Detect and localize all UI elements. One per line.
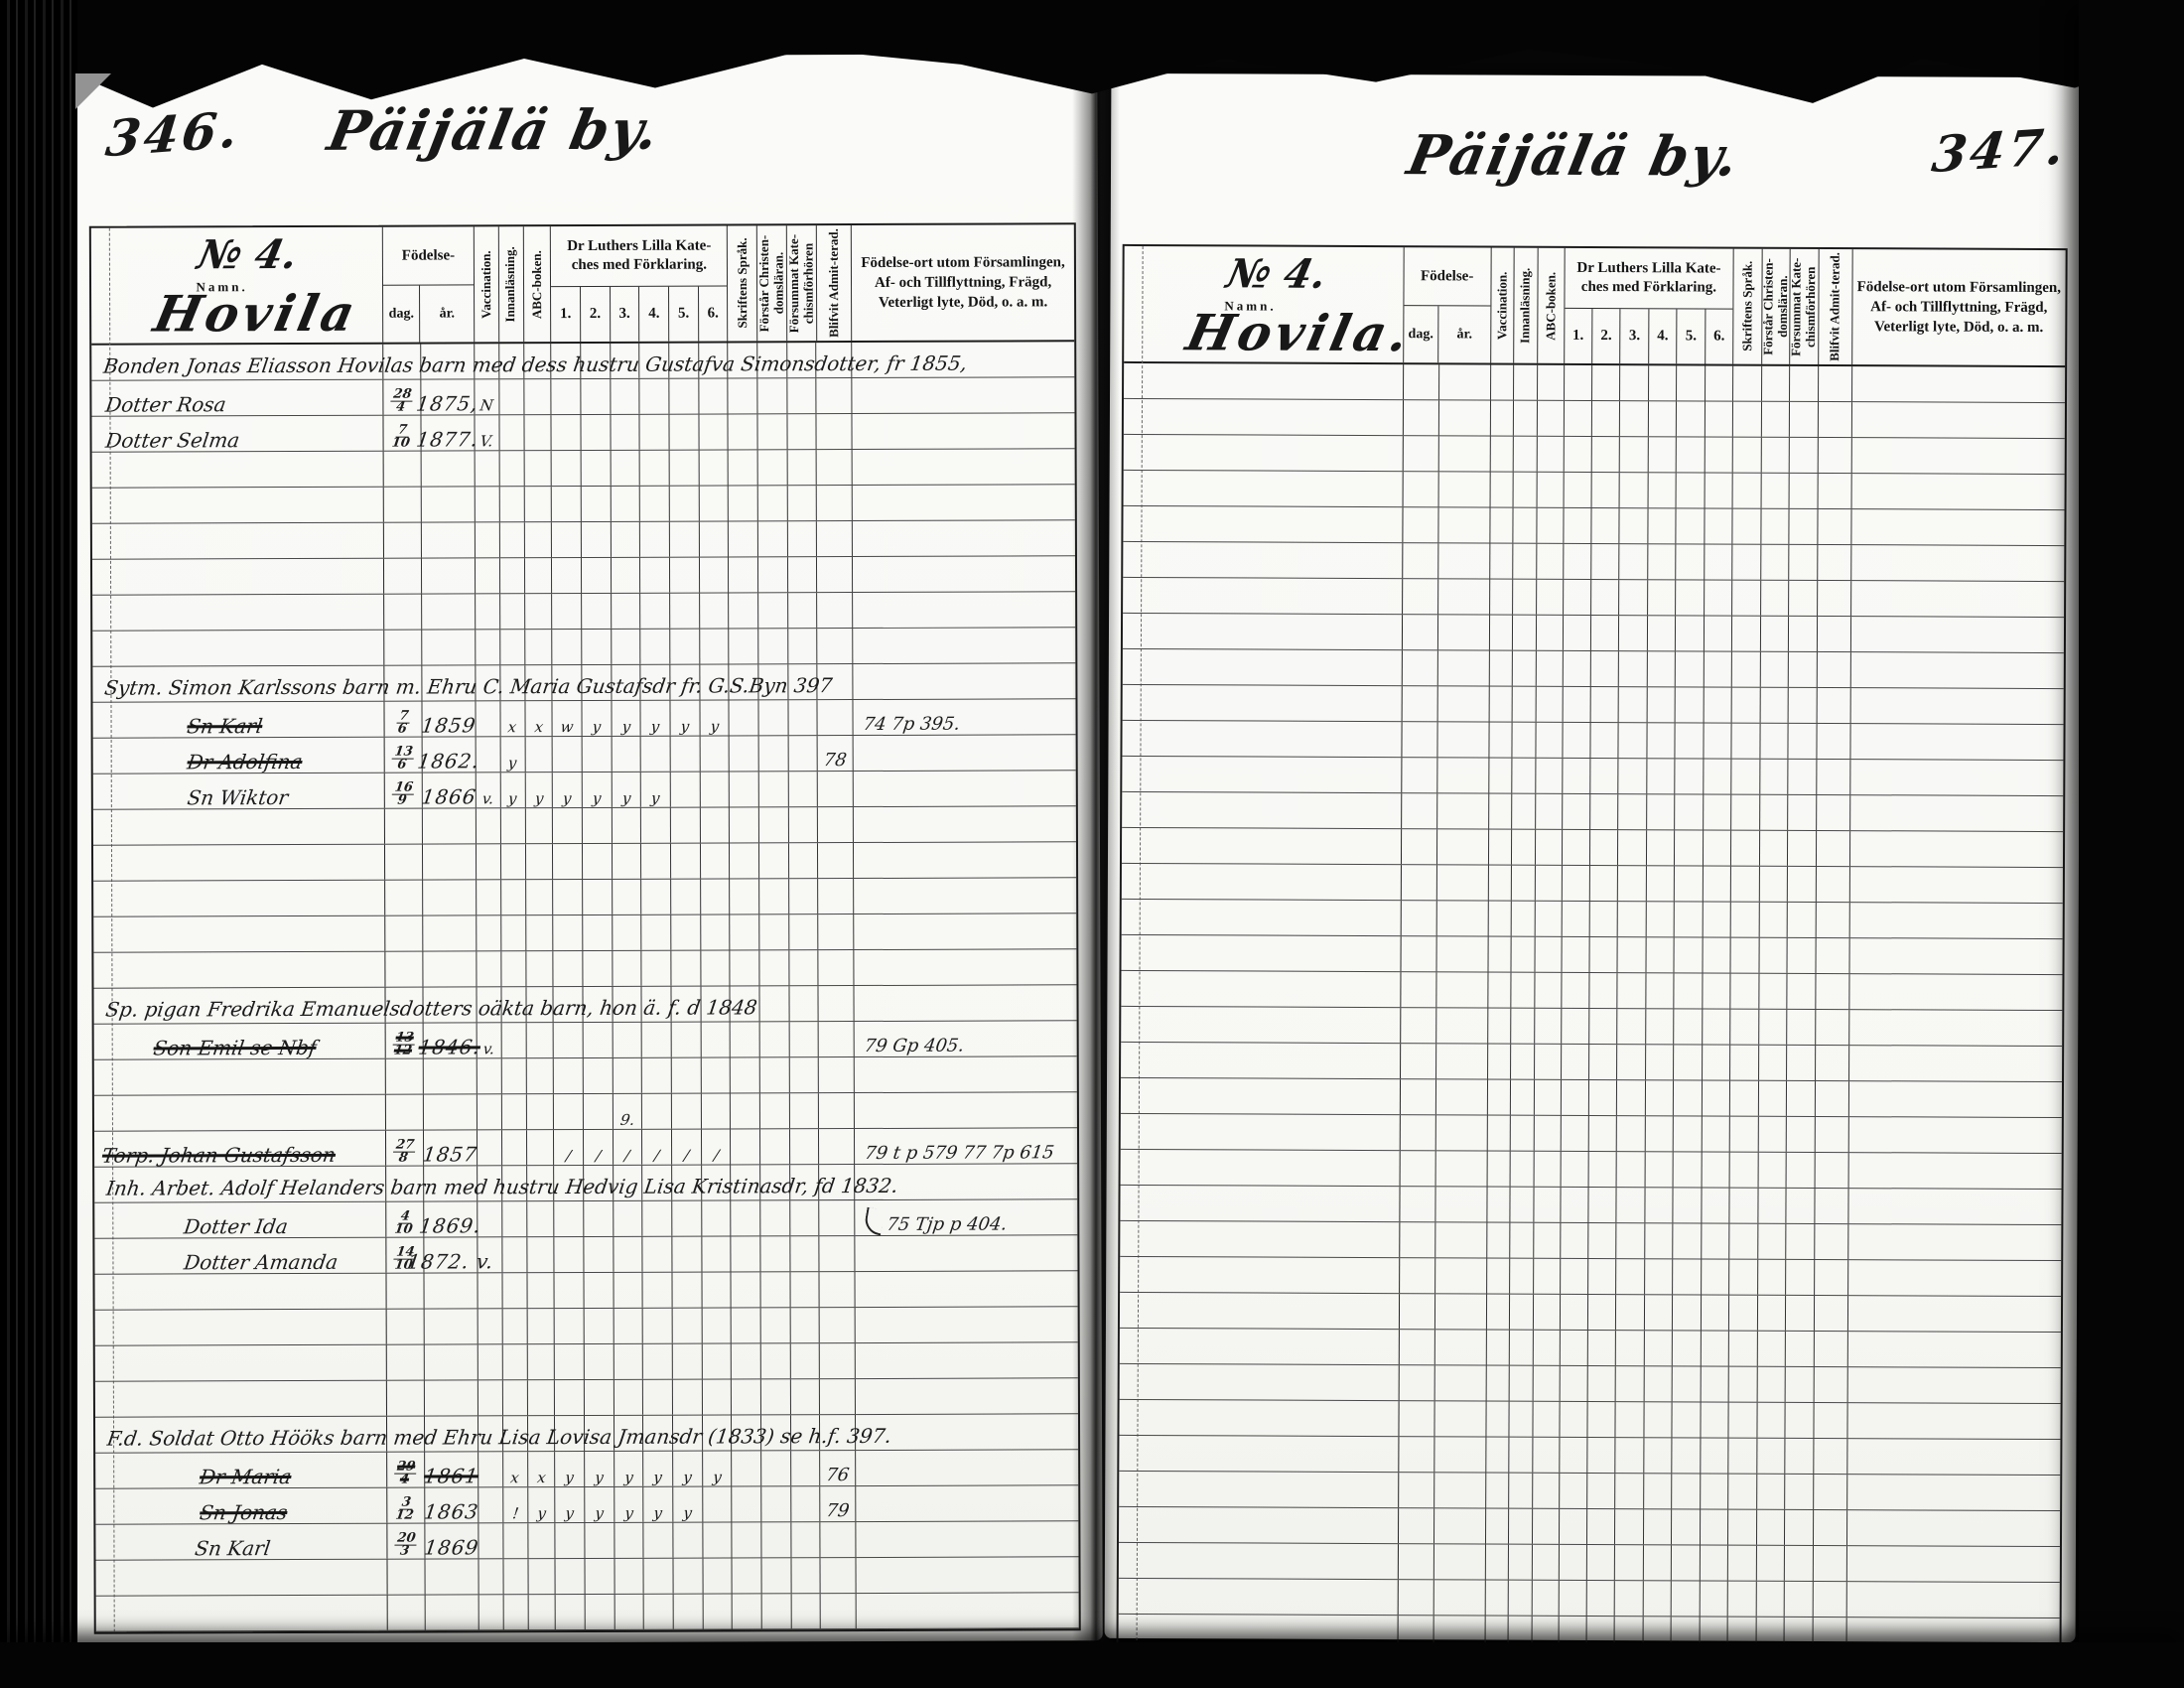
handwritten-text: y xyxy=(565,1506,576,1521)
cell-birth-day xyxy=(1403,579,1438,614)
entry-row-empty xyxy=(95,1378,1078,1417)
cell-remarks xyxy=(854,914,1076,949)
cell-innanlasning xyxy=(1510,1331,1534,1365)
cell-catechism-5 xyxy=(1673,1366,1702,1401)
handwritten-text: 1859 xyxy=(420,715,478,735)
cell-catechism-1 xyxy=(1561,1116,1589,1151)
cell-catechism-3 xyxy=(614,1523,644,1558)
cell-birth-day xyxy=(1399,1294,1434,1329)
cell-innanlasning xyxy=(501,1023,526,1057)
cell-vaccination xyxy=(1490,508,1514,543)
cell-birth-day xyxy=(1403,507,1438,542)
cell-innanlasning xyxy=(500,594,525,629)
cell-catechism-1: y xyxy=(555,1452,585,1486)
cell-blifvit-admitterad xyxy=(1818,581,1851,616)
cell-catechism-5 xyxy=(673,1273,703,1308)
cell-forsummat xyxy=(1790,402,1819,437)
cell-skriftens-sprak xyxy=(1733,438,1762,473)
cell-birth-day xyxy=(384,595,422,630)
cell-catechism-5 xyxy=(1677,473,1706,507)
cell-birth-day xyxy=(1401,1044,1436,1078)
handwritten-text: y xyxy=(594,1471,605,1485)
entry-row-empty xyxy=(1120,1329,2061,1368)
cell-vaccination xyxy=(1487,1152,1511,1187)
col-header-birth-day: dag. xyxy=(1404,306,1439,362)
entry-row-empty xyxy=(1123,614,2064,653)
birth-day-fraction: 312 xyxy=(395,1497,417,1522)
cell-catechism-5: / xyxy=(672,1130,702,1165)
cell-innanlasning xyxy=(1511,1223,1535,1258)
handwritten-text: 79 t p 579 77 7p 615 xyxy=(864,1144,1055,1163)
cell-birth-year xyxy=(421,522,476,557)
cell-vaccination xyxy=(1486,1438,1510,1473)
col-header-forstar-christendomslaran: Förstår Christen-domsläran. xyxy=(1762,249,1791,364)
cell-catechism-3 xyxy=(1618,902,1647,936)
cell-vaccination xyxy=(477,737,501,772)
entry-row-empty xyxy=(1123,649,2064,689)
cell-catechism-3 xyxy=(1617,1223,1646,1258)
cell-remarks xyxy=(854,878,1076,914)
cell-catechism-3 xyxy=(1616,1402,1645,1437)
cell-catechism-4 xyxy=(1645,1188,1674,1222)
handwritten-text: y xyxy=(592,791,603,806)
cell-catechism-6 xyxy=(703,1486,733,1521)
cell-birth-year xyxy=(423,915,478,950)
cell-name xyxy=(1122,721,1402,757)
cell-innanlasning xyxy=(1509,1581,1533,1616)
cell-innanlasning xyxy=(502,1201,527,1236)
cell-catechism-6 xyxy=(703,1558,733,1593)
entry-row-empty xyxy=(92,449,1075,488)
birth-subheader: dag. år. xyxy=(383,285,474,342)
cell-catechism-1 xyxy=(552,558,582,593)
cell-blifvit-admitterad xyxy=(1817,795,1850,830)
cell-catechism-6 xyxy=(700,593,730,628)
cell-catechism-4 xyxy=(640,451,670,486)
scan-border-bottom xyxy=(0,1642,2184,1688)
cell-blifvit-admitterad xyxy=(817,378,853,413)
cell-innanlasning: ! xyxy=(503,1487,528,1522)
cell-forstar-christendomslaran xyxy=(1761,545,1790,580)
cell-birth-day xyxy=(1401,936,1436,971)
cell-blifvit-admitterad xyxy=(819,1057,855,1092)
cell-blifvit-admitterad xyxy=(1815,1153,1848,1188)
cell-catechism-2 xyxy=(583,808,613,843)
cell-catechism-5 xyxy=(673,1309,703,1343)
cell-name xyxy=(94,1059,386,1095)
cell-catechism-1 xyxy=(1560,1331,1588,1365)
cell-remarks xyxy=(1847,1510,2060,1546)
cell-birth-year xyxy=(425,1595,479,1629)
cell-abc-book xyxy=(1536,830,1563,865)
cell-innanlasning xyxy=(503,1523,528,1558)
cell-catechism-3 xyxy=(1617,1152,1646,1187)
cell-catechism-4 xyxy=(641,630,671,664)
col-header-birth: Födelse- dag. år. xyxy=(1404,247,1492,362)
cell-innanlasning xyxy=(1510,1295,1534,1330)
cell-catechism-3 xyxy=(1615,1509,1644,1544)
cell-catechism-1 xyxy=(552,379,582,414)
table-header: № 4. Namn. Hovila Födelse- dag. år. Vacc… xyxy=(91,224,1074,345)
cell-catechism-1 xyxy=(555,1237,585,1272)
remarks-line: Veterligt lyte, Död, o. a. m. xyxy=(856,292,1070,313)
cell-blifvit-admitterad xyxy=(819,1022,855,1056)
entry-row-empty xyxy=(1123,542,2064,582)
cell-name xyxy=(95,1560,387,1596)
handwritten-text: Son Emil se Nbf xyxy=(152,1038,318,1058)
cell-vaccination xyxy=(1487,1223,1511,1258)
cell-skriftens-sprak xyxy=(1732,545,1761,580)
cell-birth-day xyxy=(385,916,423,951)
cell-birth-day xyxy=(387,1345,425,1380)
cell-abc-book xyxy=(526,844,554,879)
cell-name xyxy=(92,452,384,488)
entry-row: Dr Adolfina1361862.y78 xyxy=(93,735,1076,774)
col-header-catechism: Dr Luthers Lilla Kate-ches med Förklarin… xyxy=(551,225,729,342)
cell-vaccination xyxy=(1487,1259,1511,1294)
cell-catechism-5: y xyxy=(671,701,701,736)
cell-abc-book xyxy=(1536,866,1563,901)
cell-catechism-5 xyxy=(1674,1223,1703,1258)
cell-innanlasning xyxy=(503,1344,528,1379)
cell-catechism-2 xyxy=(586,1595,615,1629)
cell-blifvit-admitterad xyxy=(820,1200,856,1235)
handwritten-text: v. xyxy=(481,791,495,806)
cell-remarks xyxy=(856,1271,1078,1307)
cell-catechism-4 xyxy=(1647,866,1676,901)
cell-catechism-3 xyxy=(1620,437,1649,472)
catechism-grade-3: 3. xyxy=(1621,309,1650,363)
cell-skriftens-sprak xyxy=(733,1522,762,1557)
cell-catechism-5 xyxy=(1674,1045,1703,1079)
cell-name xyxy=(93,881,385,916)
cell-blifvit-admitterad xyxy=(820,1343,856,1378)
cell-abc-book xyxy=(1533,1509,1560,1544)
cell-catechism-6 xyxy=(703,1379,733,1414)
cell-birth-day xyxy=(1399,1508,1434,1543)
cell-name xyxy=(1122,792,1402,828)
handwritten-text: 78 xyxy=(823,752,848,770)
cell-birth-year xyxy=(1434,1437,1486,1472)
cell-catechism-1 xyxy=(1564,616,1592,650)
handwritten-text: Sn Karl xyxy=(186,716,264,736)
cell-skriftens-sprak xyxy=(733,1451,762,1485)
cell-birth-year: 1866 xyxy=(422,773,477,807)
cell-birth-day xyxy=(388,1596,426,1630)
cell-catechism-4 xyxy=(644,1559,674,1594)
entry-row-empty xyxy=(94,1271,1077,1310)
cell-catechism-4 xyxy=(1648,687,1677,722)
cell-catechism-4 xyxy=(1645,1223,1674,1258)
entry-row-empty xyxy=(1121,935,2062,975)
cell-abc-book xyxy=(1538,365,1565,400)
cell-forstar-christendomslaran xyxy=(1759,938,1788,973)
cell-name xyxy=(1124,399,1404,435)
cell-forsummat xyxy=(1785,1475,1814,1509)
cell-catechism-3 xyxy=(612,558,641,593)
cell-birth-day xyxy=(1403,543,1438,578)
cell-remarks xyxy=(1852,366,2065,402)
cell-catechism-4 xyxy=(1649,401,1678,436)
cell-vaccination xyxy=(478,1309,503,1343)
cell-forsummat xyxy=(787,450,817,485)
cell-abc-book xyxy=(1534,1295,1561,1330)
handwritten-text: y xyxy=(680,720,691,735)
cell-skriftens-sprak xyxy=(730,593,759,628)
cell-abc-book xyxy=(1538,473,1565,507)
cell-catechism-6: y xyxy=(703,1451,733,1485)
cell-birth-year xyxy=(1436,972,1488,1007)
cell-birth-day xyxy=(386,1095,424,1130)
cell-catechism-1: y xyxy=(553,773,583,807)
cell-catechism-2 xyxy=(583,915,613,950)
cell-catechism-5 xyxy=(1672,1509,1701,1544)
cell-birth-day xyxy=(384,631,422,665)
entry-row-empty xyxy=(1124,471,2065,510)
cell-forstar-christendomslaran xyxy=(761,1343,791,1378)
cell-innanlasning xyxy=(1512,902,1536,936)
cell-birth-year xyxy=(421,451,476,486)
cell-catechism-6 xyxy=(702,1093,732,1128)
cell-catechism-5 xyxy=(1676,687,1705,722)
cell-name xyxy=(93,952,385,988)
cell-catechism-1 xyxy=(1563,723,1591,758)
cell-catechism-5 xyxy=(671,915,701,950)
cell-innanlasning xyxy=(502,1058,527,1093)
cell-birth-year xyxy=(423,1094,478,1129)
cell-catechism-6 xyxy=(1705,616,1733,650)
cell-catechism-6 xyxy=(700,521,730,556)
cell-catechism-1 xyxy=(553,880,583,914)
entry-row-family: Bonden Jonas Eliasson Hovilas barn med d… xyxy=(91,342,1074,380)
cell-catechism-6 xyxy=(699,486,729,520)
cell-vaccination xyxy=(479,1559,504,1594)
cell-birth-year xyxy=(423,951,478,986)
cell-forstar-christendomslaran xyxy=(758,629,788,663)
cell-remarks xyxy=(857,1593,1079,1628)
cell-catechism-1 xyxy=(1564,437,1592,472)
cell-innanlasning xyxy=(501,844,526,879)
cell-blifvit-admitterad xyxy=(1814,1510,1847,1545)
cell-innanlasning xyxy=(1511,1045,1535,1079)
cell-catechism-3 xyxy=(1616,1474,1645,1508)
cell-birth-year xyxy=(1437,686,1489,721)
cell-forsummat xyxy=(788,736,818,771)
cell-vaccination xyxy=(476,558,500,593)
cell-remarks xyxy=(854,735,1076,771)
cell-catechism-4 xyxy=(1647,830,1676,865)
cell-catechism-4 xyxy=(1644,1402,1673,1437)
entry-row: Sn Jonas3121863!yyyyyy79 xyxy=(95,1485,1078,1524)
entry-row-empty xyxy=(1122,828,2063,868)
cell-catechism-2 xyxy=(1592,437,1621,472)
cell-vaccination xyxy=(476,630,500,664)
cell-catechism-5 xyxy=(1673,1295,1702,1330)
catechism-grade-6: 6. xyxy=(1706,309,1733,363)
cell-catechism-1 xyxy=(1564,580,1592,615)
cell-forstar-christendomslaran xyxy=(760,1129,790,1164)
cell-catechism-5 xyxy=(672,1094,702,1129)
cell-forstar-christendomslaran xyxy=(760,1236,790,1271)
cell-abc-book xyxy=(525,558,553,593)
cell-catechism-5 xyxy=(671,808,701,843)
cell-abc-book xyxy=(1536,794,1563,829)
birth-label: Födelse- xyxy=(383,226,474,285)
cell-abc-book xyxy=(528,1559,556,1594)
birth-day-fraction: 278 xyxy=(392,1140,418,1165)
cell-name xyxy=(1120,1257,1400,1293)
cell-blifvit-admitterad xyxy=(817,486,853,520)
cell-catechism-2 xyxy=(584,1237,614,1272)
cell-abc-book xyxy=(524,451,552,486)
cell-catechism-3 xyxy=(1617,1116,1646,1151)
cell-remarks xyxy=(1851,474,2064,509)
cell-name xyxy=(96,1596,388,1631)
entry-row-empty xyxy=(1120,1293,2061,1333)
cell-catechism-5 xyxy=(672,1023,702,1057)
cell-vaccination xyxy=(1487,1116,1511,1151)
cell-abc-book xyxy=(1535,1116,1562,1151)
handwritten-text: Dotter Selma xyxy=(104,430,240,450)
cell-catechism-3 xyxy=(611,379,640,414)
cell-catechism-6 xyxy=(1701,1402,1729,1437)
cell-catechism-5 xyxy=(674,1559,704,1594)
cell-remarks xyxy=(1851,509,2064,545)
cell-catechism-3 xyxy=(1619,759,1648,793)
cell-birth-day xyxy=(1398,1580,1433,1615)
cell-remarks xyxy=(1851,438,2064,474)
cell-catechism-5 xyxy=(1677,365,1706,400)
cell-catechism-2 xyxy=(1592,473,1621,507)
handwritten-text: y xyxy=(594,1506,605,1521)
cell-catechism-4 xyxy=(1646,973,1675,1008)
cell-skriftens-sprak xyxy=(730,807,759,842)
cell-catechism-2 xyxy=(1592,365,1621,400)
handwritten-text: 9. xyxy=(619,1113,635,1128)
entry-row-empty xyxy=(92,556,1075,595)
cell-vaccination xyxy=(478,1058,502,1093)
entry-row-empty xyxy=(1119,1472,2060,1511)
cell-blifvit-admitterad xyxy=(1814,1439,1847,1474)
cell-catechism-6 xyxy=(700,772,730,806)
cell-innanlasning xyxy=(1513,723,1537,758)
cell-blifvit-admitterad xyxy=(819,879,855,914)
cell-innanlasning xyxy=(1511,1080,1535,1115)
cell-vaccination xyxy=(1487,1295,1511,1330)
cell-forsummat xyxy=(1787,1010,1816,1045)
cell-name: Dr Adolfina xyxy=(93,738,385,774)
cell-skriftens-sprak xyxy=(733,1594,762,1628)
cell-catechism-1 xyxy=(1562,902,1590,936)
cell-catechism-1 xyxy=(554,1023,584,1057)
cell-catechism-5 xyxy=(1675,794,1704,829)
cell-vaccination xyxy=(1491,401,1515,436)
cell-birth-year xyxy=(1434,1365,1486,1400)
cell-catechism-6 xyxy=(700,629,730,663)
cell-forsummat xyxy=(1790,366,1819,401)
cell-vaccination: v. xyxy=(478,1023,502,1057)
cell-skriftens-sprak xyxy=(1733,474,1762,508)
cell-blifvit-admitterad xyxy=(1816,1010,1849,1045)
cell-innanlasning xyxy=(499,451,524,486)
handwritten-text: 79 xyxy=(825,1502,850,1520)
cell-catechism-5 xyxy=(674,1595,704,1629)
cell-skriftens-sprak xyxy=(731,879,760,914)
cell-catechism-5 xyxy=(1675,866,1704,901)
cell-blifvit-admitterad xyxy=(1817,760,1850,794)
cell-vaccination xyxy=(1486,1331,1510,1365)
page-title-right: Päijälä by. xyxy=(1403,122,1746,188)
cell-catechism-2 xyxy=(1587,1545,1616,1580)
cell-catechism-6 xyxy=(1701,1474,1729,1508)
cell-catechism-3 xyxy=(614,1595,644,1629)
cell-catechism-6 xyxy=(699,450,729,485)
cell-birth-day xyxy=(1401,901,1436,935)
cell-birth-day xyxy=(1402,758,1437,792)
cell-skriftens-sprak xyxy=(733,1558,762,1593)
cell-catechism-4: y xyxy=(641,701,671,736)
handwritten-text: v. xyxy=(482,1042,496,1056)
cell-birth-year xyxy=(1437,722,1489,757)
cell-blifvit-admitterad xyxy=(1816,974,1849,1009)
entry-row-empty xyxy=(1124,363,2065,403)
handwritten-text: y xyxy=(623,1471,634,1485)
cell-catechism-3 xyxy=(1617,1080,1646,1115)
cell-forsummat xyxy=(791,1558,821,1593)
cell-catechism-3 xyxy=(1619,723,1648,758)
cell-innanlasning xyxy=(1512,1009,1536,1044)
cell-vaccination xyxy=(477,951,501,986)
cell-vaccination xyxy=(1487,1188,1511,1222)
cell-vaccination xyxy=(1489,830,1513,865)
entry-row-empty xyxy=(92,628,1075,666)
cell-remarks xyxy=(853,592,1075,628)
table-header: № 4. Namn. Hovila. Födelse- dag. år. Vac… xyxy=(1124,246,2066,367)
cell-birth-year: 1869. xyxy=(424,1201,478,1236)
cell-remarks xyxy=(1848,1189,2061,1224)
cell-forstar-christendomslaran xyxy=(762,1594,792,1628)
cell-blifvit-admitterad xyxy=(1818,509,1851,544)
cell-birth-year: 1859 xyxy=(422,701,477,736)
cell-abc-book xyxy=(526,1094,554,1129)
cell-remarks xyxy=(856,1307,1078,1342)
cell-innanlasning xyxy=(1514,437,1538,472)
entry-row: Sn Karl761859xxwyyyyy74 7p 395. xyxy=(92,699,1075,738)
cell-birth-day xyxy=(387,1310,425,1344)
cell-vaccination: v. xyxy=(477,773,501,807)
cell-abc-book xyxy=(1534,1402,1561,1437)
cell-catechism-4 xyxy=(1647,723,1676,758)
cell-catechism-3 xyxy=(1618,973,1647,1008)
cell-innanlasning xyxy=(1512,830,1536,865)
cell-name xyxy=(93,845,385,881)
cell-remarks xyxy=(1848,1224,2061,1260)
cell-catechism-3 xyxy=(613,808,642,843)
cell-remarks xyxy=(854,771,1076,806)
cell-vaccination xyxy=(1489,794,1513,829)
cell-skriftens-sprak xyxy=(1731,867,1760,902)
cell-forstar-christendomslaran xyxy=(759,772,789,806)
handwritten-text: y xyxy=(562,791,573,806)
cell-name: Sn Karl xyxy=(92,702,384,738)
cell-abc-book xyxy=(1534,1366,1561,1401)
cell-remarks xyxy=(1847,1475,2060,1510)
cell-blifvit-admitterad xyxy=(1816,903,1849,937)
cell-catechism-4 xyxy=(641,808,671,843)
cell-birth-day xyxy=(385,809,423,844)
cell-catechism-6 xyxy=(1702,1116,1730,1151)
cell-abc-book xyxy=(524,415,552,450)
